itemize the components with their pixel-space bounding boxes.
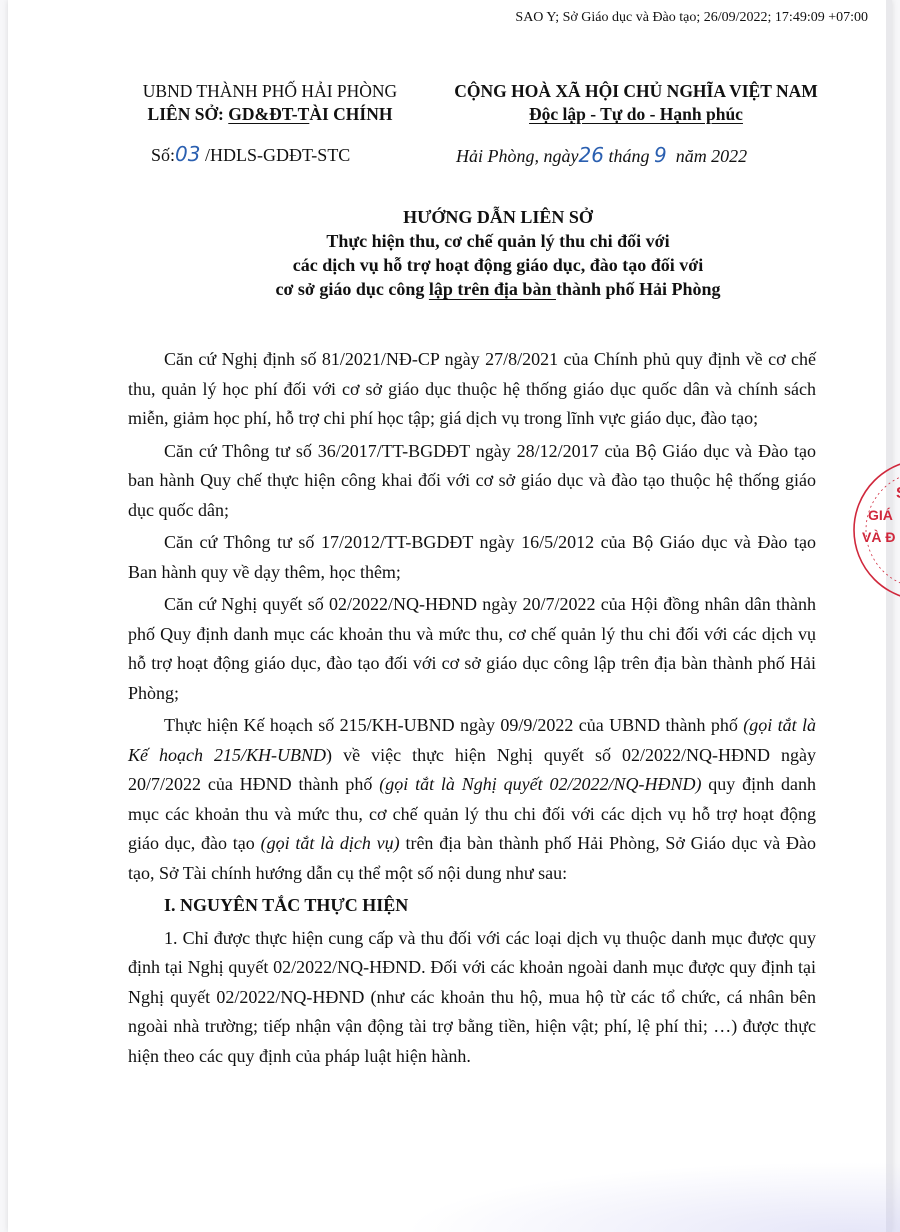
p5-italic-3: (gọi tắt là dịch vụ) xyxy=(261,833,400,853)
doc-number-label: Số: xyxy=(151,145,175,165)
title-line-4-underlined: lập trên địa bàn xyxy=(429,279,556,299)
document-title: HƯỚNG DẪN LIÊN SỞ Thực hiện thu, cơ chế … xyxy=(158,205,838,301)
paragraph-implementation: Thực hiện Kế hoạch số 215/KH-UBND ngày 0… xyxy=(128,711,816,888)
title-line-4: cơ sở giáo dục công lập trên địa bàn thà… xyxy=(158,277,838,301)
p5-text-a: Thực hiện Kế hoạch số 215/KH-UBND ngày 0… xyxy=(164,715,743,735)
paragraph-legal-basis-2: Căn cứ Thông tư số 36/2017/TT-BGDĐT ngày… xyxy=(128,437,816,526)
title-line-2: Thực hiện thu, cơ chế quản lý thu chi đố… xyxy=(158,229,838,253)
joint-label: LIÊN SỞ: xyxy=(148,104,229,124)
place-and-date: Hải Phòng, ngày26 tháng 9 năm 2022 xyxy=(456,143,747,167)
joint-underlined: GD&ĐT-T xyxy=(228,104,309,124)
joint-suffix: ÀI CHÍNH xyxy=(309,104,392,124)
handwritten-month: 9 xyxy=(654,143,667,167)
scan-shadow xyxy=(328,1150,900,1232)
handwritten-day: 26 xyxy=(578,143,603,167)
document-page: SAO Y; Sở Giáo dục và Đào tạo; 26/09/202… xyxy=(8,0,892,1232)
title-main: HƯỚNG DẪN LIÊN SỞ xyxy=(158,205,838,229)
paragraph-principle-1: 1. Chỉ được thực hiện cung cấp và thu đố… xyxy=(128,924,816,1072)
handwritten-number: 03 xyxy=(175,142,200,166)
title-line-3: các dịch vụ hỗ trợ hoạt động giáo dục, đ… xyxy=(158,253,838,277)
national-header: CỘNG HOÀ XÃ HỘI CHỦ NGHĨA VIỆT NAM Độc l… xyxy=(436,80,836,126)
doc-code: /HDLS-GDĐT-STC xyxy=(200,145,350,165)
national-motto: Độc lập - Tự do - Hạnh phúc xyxy=(529,104,743,124)
document-number: Số:03 /HDLS-GDĐT-STC xyxy=(151,142,350,166)
month-label: tháng xyxy=(604,146,654,166)
paragraph-legal-basis-4: Căn cứ Nghị quyết số 02/2022/NQ-HĐND ngà… xyxy=(128,590,816,708)
place-prefix: Hải Phòng, ngày xyxy=(456,146,578,166)
red-seal-stamp: S GIÁ VÀ Đ xyxy=(846,458,900,608)
year-label: năm 2022 xyxy=(667,146,748,166)
joint-department: LIÊN SỞ: GD&ĐT-TÀI CHÍNH xyxy=(120,103,420,126)
page-edge xyxy=(886,0,892,1232)
title-line-4a: cơ sở giáo dục công xyxy=(275,279,428,299)
title-line-4b: thành phố Hải Phòng xyxy=(556,279,721,299)
svg-text:VÀ Đ: VÀ Đ xyxy=(862,529,895,545)
paragraph-legal-basis-3: Căn cứ Thông tư số 17/2012/TT-BGDĐT ngày… xyxy=(128,528,816,587)
authority-name: UBND THÀNH PHỐ HẢI PHÒNG xyxy=(120,80,420,103)
national-title: CỘNG HOÀ XÃ HỘI CHỦ NGHĨA VIỆT NAM xyxy=(436,80,836,103)
p5-italic-2: (gọi tắt là Nghị quyết 02/2022/NQ-HĐND) xyxy=(379,774,701,794)
svg-text:S: S xyxy=(896,485,900,502)
issuing-authority: UBND THÀNH PHỐ HẢI PHÒNG LIÊN SỞ: GD&ĐT-… xyxy=(120,80,420,126)
digital-signature-stamp: SAO Y; Sở Giáo dục và Đào tạo; 26/09/202… xyxy=(515,10,868,26)
svg-text:GIÁ: GIÁ xyxy=(868,507,893,523)
document-body: Căn cứ Nghị định số 81/2021/NĐ-CP ngày 2… xyxy=(128,345,816,1074)
paragraph-legal-basis-1: Căn cứ Nghị định số 81/2021/NĐ-CP ngày 2… xyxy=(128,345,816,434)
section-heading-principles: I. NGUYÊN TẮC THỰC HIỆN xyxy=(128,891,816,921)
